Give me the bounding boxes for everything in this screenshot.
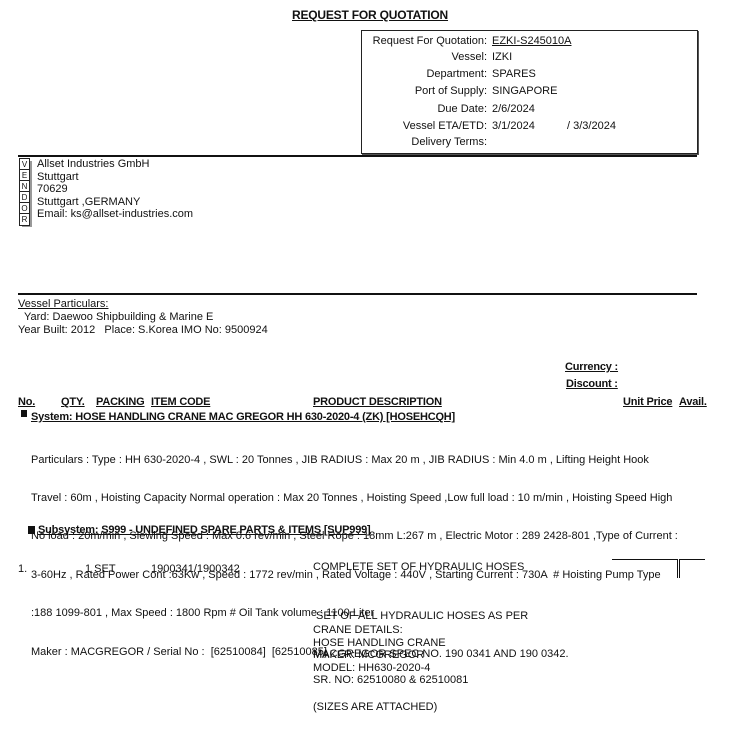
subsystem-heading: Subsystem: S999 - UNDEFINED SPARE PARTS …	[38, 524, 371, 536]
eta-value: 3/1/2024	[492, 120, 535, 132]
vendor-tag-letter: E	[20, 170, 29, 181]
vendor-tag-letter: N	[20, 181, 29, 192]
port-label: Port of Supply:	[415, 85, 487, 97]
item-code: 1900341/1900342	[151, 563, 240, 575]
vessel-yard: Yard: Daewoo Shipbuilding & Marine E	[24, 311, 213, 323]
document-title: REQUEST FOR QUOTATION	[292, 8, 448, 22]
rfq-number-value: EZKI-S245010A	[492, 35, 572, 47]
vendor-tag-letter: O	[20, 203, 29, 214]
department-row: Department: SPARES	[362, 68, 697, 83]
vendor-tag-letter: D	[20, 192, 29, 203]
col-header-qty: QTY.	[61, 396, 85, 408]
vendor-address: Allset Industries GmbH Stuttgart 70629 S…	[37, 158, 193, 221]
item-crane-details: CRANE DETAILS: HOSE HANDLING CRANE MAKER…	[313, 624, 468, 687]
due-date-row: Due Date: 2/6/2024	[362, 103, 697, 118]
vendor-city: Stuttgart	[37, 171, 193, 184]
discount-label: Discount :	[566, 378, 618, 390]
unit-price-field[interactable]	[612, 555, 678, 579]
col-header-avail: Avail.	[679, 396, 707, 408]
avail-field[interactable]	[678, 555, 706, 579]
department-label: Department:	[426, 68, 487, 80]
delivery-terms-label: Delivery Terms:	[411, 136, 487, 148]
vendor-postcode: 70629	[37, 183, 193, 196]
rfq-number-row: Request For Quotation: EZKI-S245010A	[362, 35, 697, 50]
eta-etd-row: Vessel ETA/ETD: 3/1/2024 / 3/3/2024	[362, 120, 697, 135]
vendor-tag-letter: R	[20, 214, 29, 224]
col-header-unit-price: Unit Price	[623, 396, 672, 408]
col-header-no: No.	[18, 396, 35, 408]
item-no: 1.	[18, 563, 27, 575]
due-date-label: Due Date:	[437, 103, 487, 115]
port-row: Port of Supply: SINGAPORE	[362, 85, 697, 100]
due-date-value: 2/6/2024	[492, 103, 535, 115]
item-title: COMPLETE SET OF HYDRAULIC HOSES	[313, 561, 524, 573]
delivery-terms-row: Delivery Terms:	[362, 136, 697, 151]
vendor-country: Stuttgart ,GERMANY	[37, 196, 193, 209]
department-value: SPARES	[492, 68, 536, 80]
vendor-name: Allset Industries GmbH	[37, 158, 193, 171]
vessel-value: IZKI	[492, 51, 512, 63]
col-header-item-code: ITEM CODE	[151, 396, 210, 408]
system-bullet-icon	[21, 410, 27, 417]
particulars-line: Travel : 60m , Hoisting Capacity Normal …	[31, 492, 678, 505]
system-heading: System: HOSE HANDLING CRANE MAC GREGOR H…	[31, 411, 455, 423]
etd-value: / 3/3/2024	[567, 120, 616, 132]
vendor-email[interactable]: Email: ks@allset-industries.com	[37, 208, 193, 221]
item-qty: 1 SET	[85, 563, 116, 575]
col-header-description: PRODUCT DESCRIPTION	[313, 396, 442, 408]
vessel-label: Vessel:	[452, 51, 487, 63]
item-note: (SIZES ARE ATTACHED)	[313, 701, 437, 713]
vendor-tag-letter: V	[20, 159, 29, 170]
col-header-packing: PACKING	[96, 396, 145, 408]
vessel-row: Vessel: IZKI	[362, 51, 697, 66]
eta-etd-label: Vessel ETA/ETD:	[403, 120, 487, 132]
vendor-tag: V E N D O R	[19, 158, 30, 226]
currency-label: Currency :	[565, 361, 618, 373]
header-divider	[18, 155, 697, 157]
vessel-built-info: Year Built: 2012 Place: S.Korea IMO No: …	[18, 324, 268, 336]
rfq-number-label: Request For Quotation:	[373, 35, 487, 47]
particulars-line: Particulars : Type : HH 630-2020-4 , SWL…	[31, 454, 678, 467]
vessel-particulars-heading: Vessel Particulars:	[18, 298, 108, 310]
rfq-info-box: Request For Quotation: EZKI-S245010A Ves…	[361, 30, 698, 154]
vendor-divider	[18, 293, 697, 295]
subsystem-bullet-icon	[28, 526, 35, 534]
port-value: SINGAPORE	[492, 85, 557, 97]
